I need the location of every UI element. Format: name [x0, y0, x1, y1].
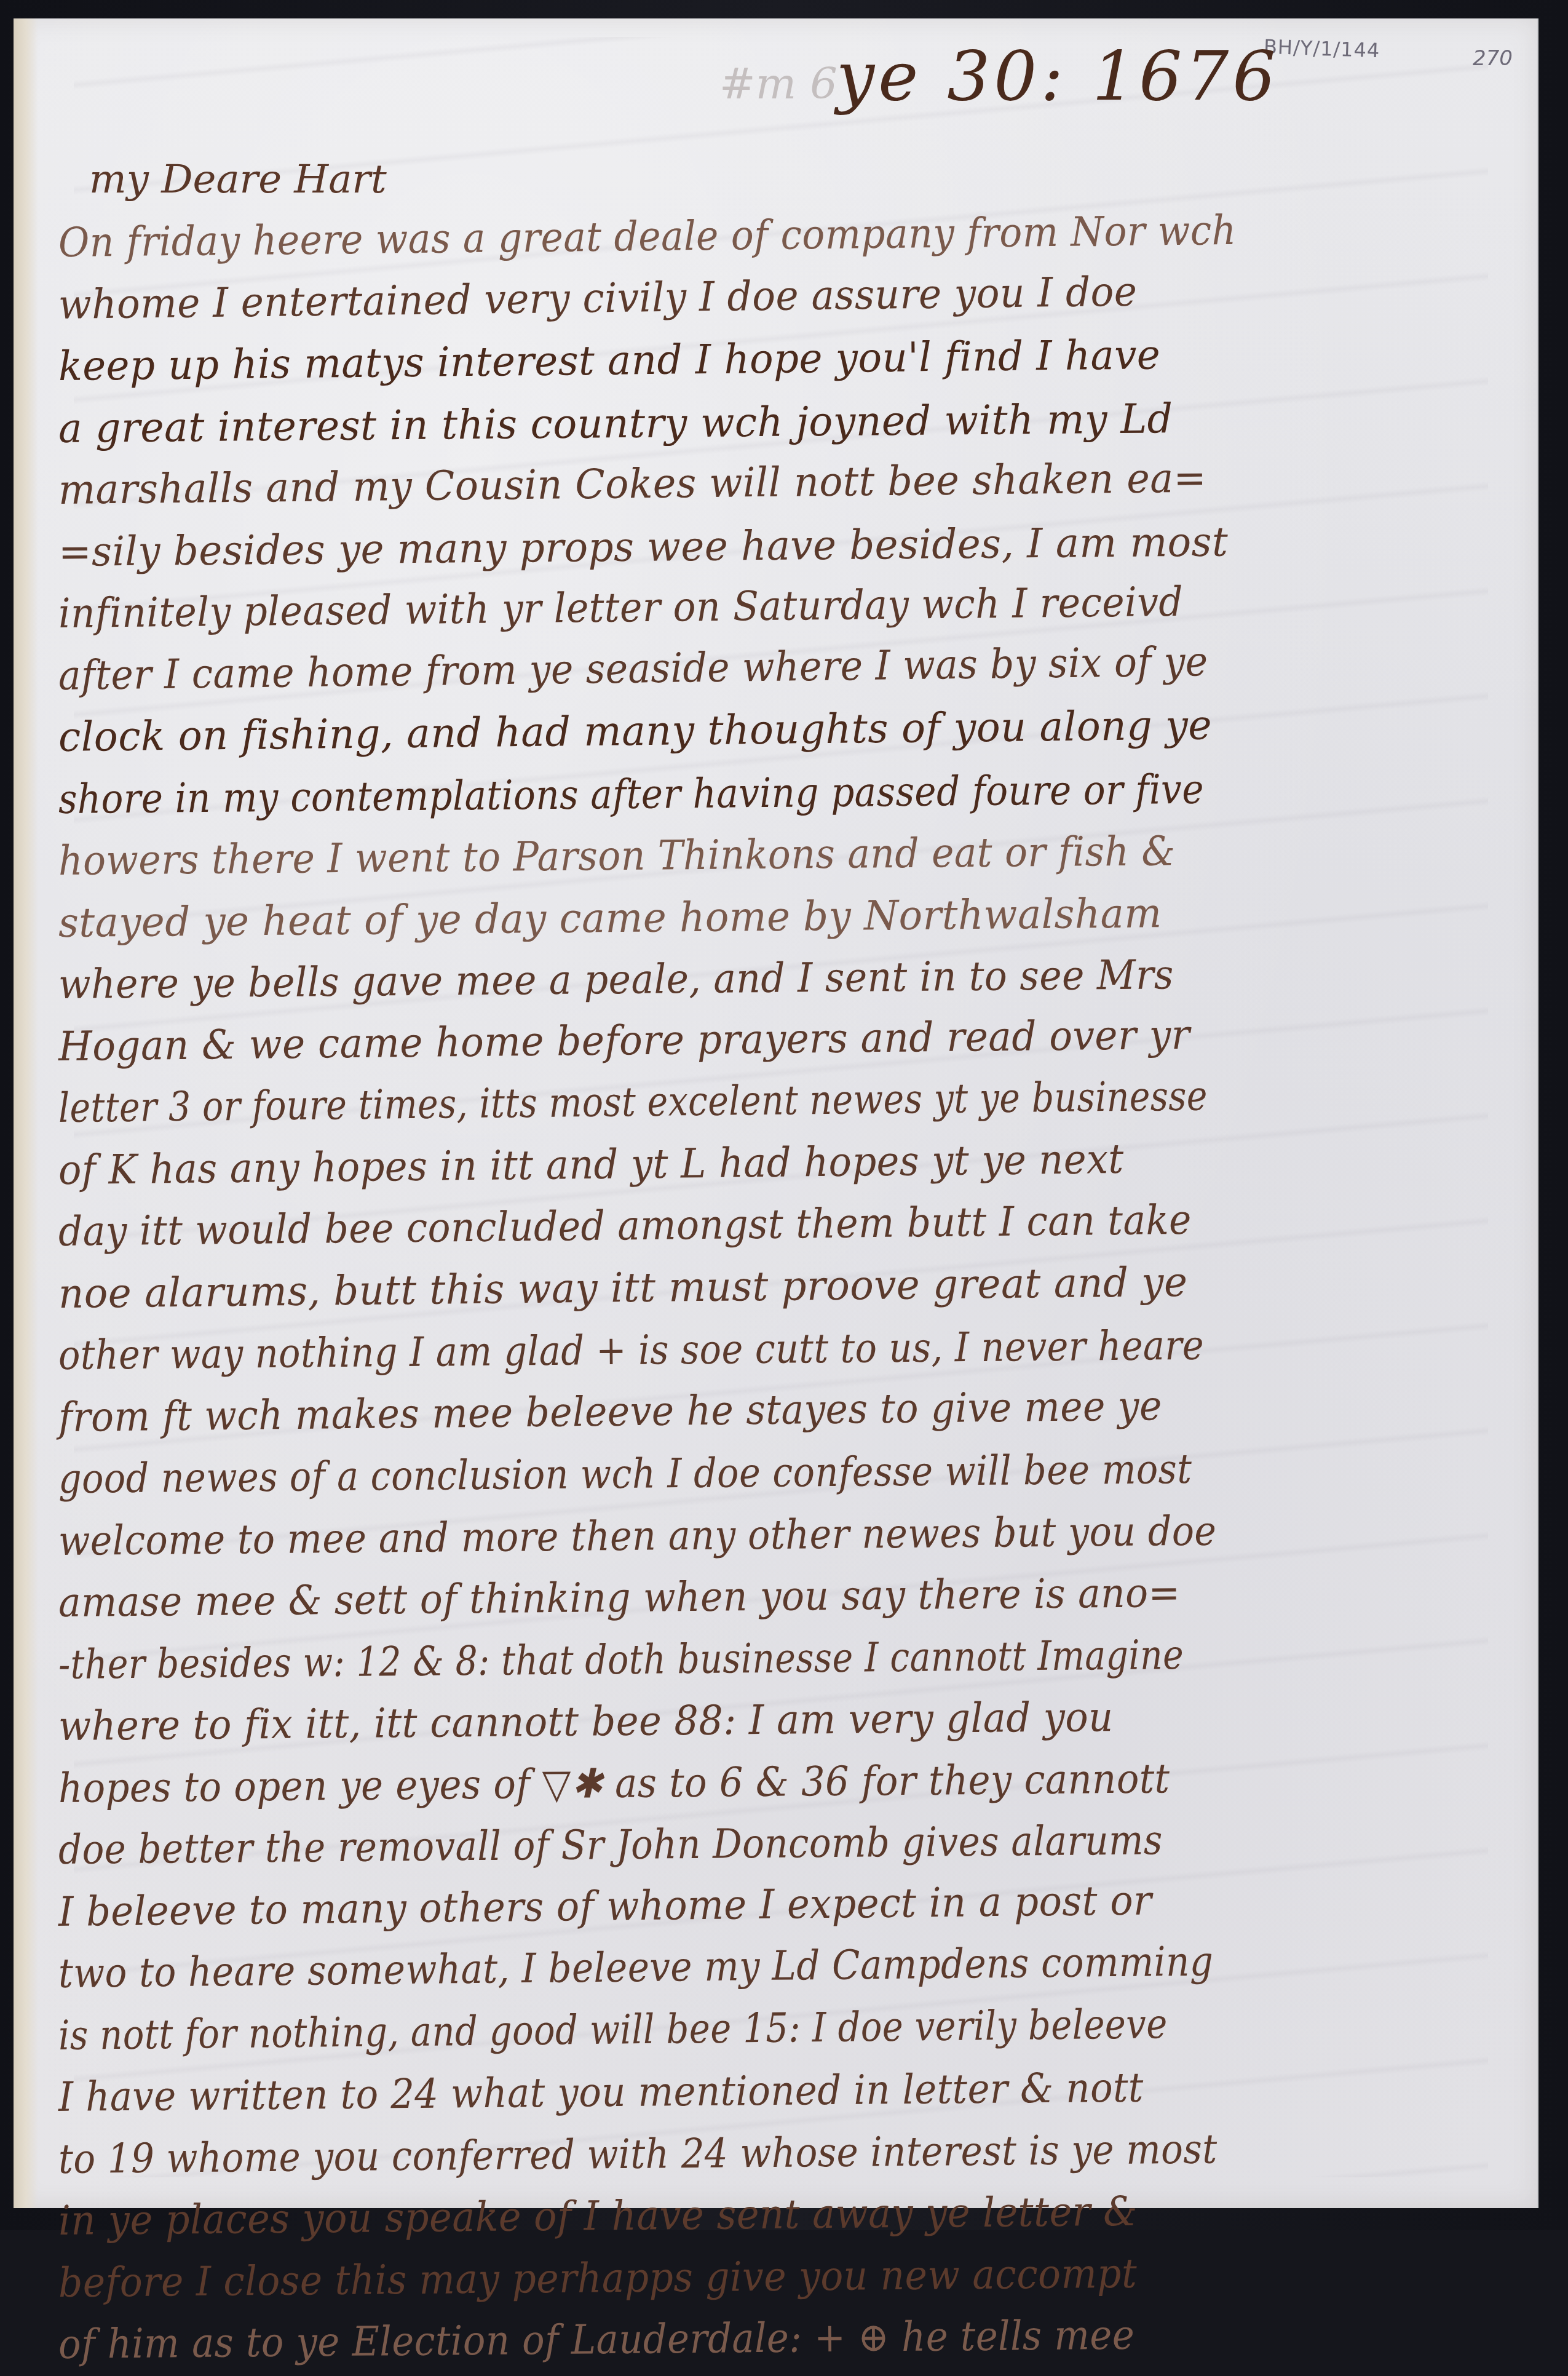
letter-line: where to fix itt, itt cannott bee 88: I … [58, 1683, 1435, 1757]
letter-line: I have written to 24 what you mentioned … [58, 2055, 1405, 2129]
letter-date: ye 30: 1676 [836, 37, 1279, 116]
letter-line: amase mee & sett of thinking when you sa… [58, 1560, 1420, 1634]
letter-line: howers there I went to Parson Thinkons a… [58, 819, 1420, 892]
date-prefix-faint: #m 6 [719, 58, 837, 109]
letter-line: is nott for nothing, and good will bee 1… [58, 1992, 1332, 2067]
archive-reference: BH/Y/1/144 [1263, 35, 1380, 63]
letter-line: shore in my contemplations after having … [58, 757, 1376, 830]
folio-number: 270 [1473, 46, 1513, 71]
letter-line: -ther besides w: 12 & 8: that doth busin… [58, 1623, 1318, 1696]
paper-edge-staining [14, 18, 38, 2208]
salutation: my Deare Hart [89, 157, 387, 202]
letter-body: On friday heere was a great deale of com… [58, 212, 1522, 2230]
letter-line: welcome to mee and more then any other n… [58, 1499, 1391, 1572]
letter-line: to 19 whome you conferred with 24 whose … [58, 2117, 1376, 2190]
letter-line: good newes of a conclusion wch I doe con… [58, 1437, 1361, 1511]
letter-line: hopes to open ye eyes of ▽✱ as to 6 & 36… [58, 1746, 1405, 1819]
